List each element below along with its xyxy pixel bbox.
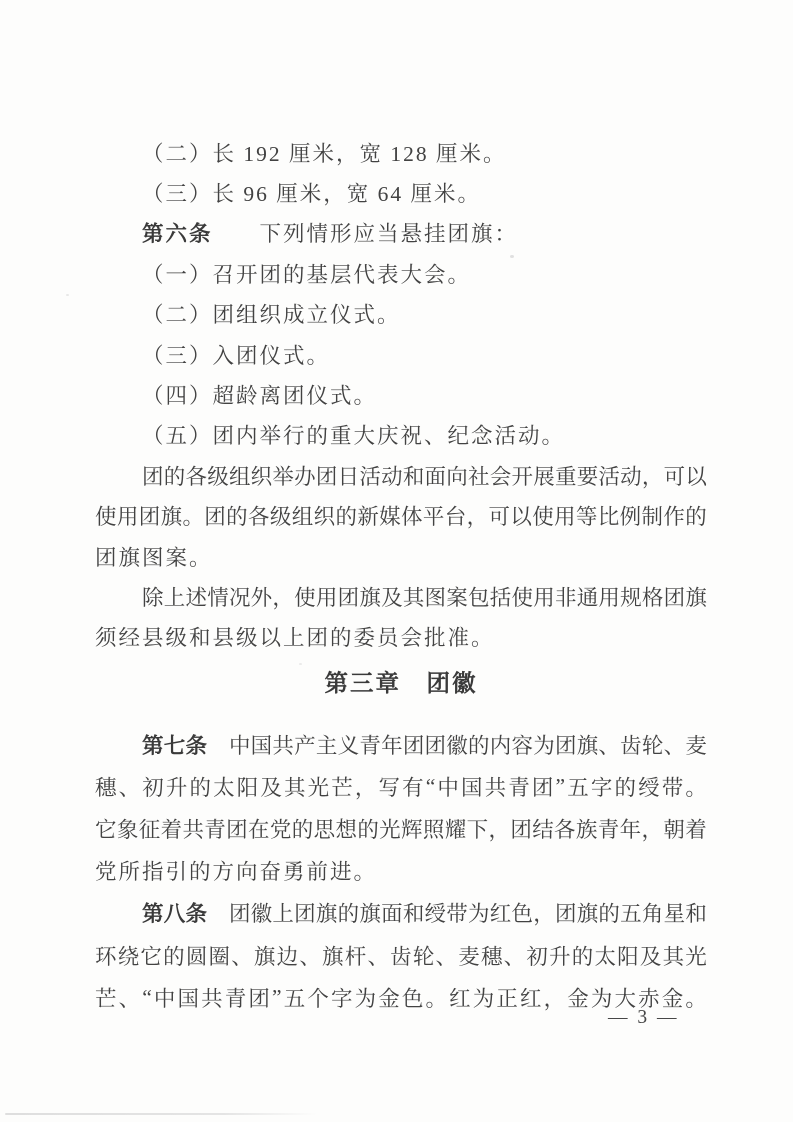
flag-approval-line-1: 除上述情况外，使用团旗及其图案包括使用非通用规格团旗 — [95, 576, 707, 616]
scanned-document-page: （二）长 192 厘米，宽 128 厘米。（三）长 96 厘米，宽 64 厘米。… — [0, 0, 793, 1122]
flag-size-spec-3: （三）长 96 厘米，宽 64 厘米。 — [95, 172, 707, 212]
chapter-3-heading: 第三章 团徽 — [95, 659, 707, 703]
article-7-line-4: 党所指引的方向奋勇前进。 — [95, 850, 707, 892]
article-8-line-1: 第八条 团徽上团旗的旗面和绶带为红色，团旗的五角星和 — [95, 892, 707, 934]
flag-approval-line-2: 须经县级和县级以上团的委员会批准。 — [95, 617, 707, 657]
document-body: （二）长 192 厘米，宽 128 厘米。（三）长 96 厘米，宽 64 厘米。… — [95, 132, 707, 1018]
flag-usage-line-3: 团旗图案。 — [95, 536, 707, 576]
flag-usage-line-1: 团的各级组织举办团日活动和面向社会开展重要活动，可以 — [95, 455, 707, 495]
article-8-line-2: 环绕它的圆圈、旗边、旗杆、齿轮、麦穗、初升的太阳及其光 — [95, 934, 707, 976]
flag-occasion-4: （四）超龄离团仪式。 — [95, 374, 707, 414]
article-7-line-3: 它象征着共青团在党的思想的光辉照耀下，团结各族青年，朝着 — [95, 807, 707, 849]
scan-speck — [510, 255, 514, 258]
flag-occasion-2: （二）团组织成立仪式。 — [95, 294, 707, 334]
flag-occasion-3: （三）入团仪式。 — [95, 334, 707, 374]
page-number: — 3 — — [608, 1007, 679, 1029]
scan-speck — [299, 663, 302, 665]
article-6-opening: 第六条 下列情形应当悬挂团旗： — [95, 213, 707, 253]
article-7-line-1: 第七条 中国共产主义青年团团徽的内容为团旗、齿轮、麦 — [95, 723, 707, 765]
scan-speck — [66, 294, 69, 296]
scan-edge-artifact — [5, 1113, 317, 1115]
flag-size-spec-2: （二）长 192 厘米，宽 128 厘米。 — [95, 132, 707, 172]
flag-usage-line-2: 使用团旗。团的各级组织的新媒体平台，可以使用等比例制作的 — [95, 496, 707, 536]
article-7-line-2: 穗、初升的太阳及其光芒，写有“中国共青团”五字的绶带。 — [95, 765, 707, 807]
flag-occasion-5: （五）团内举行的重大庆祝、纪念活动。 — [95, 415, 707, 455]
flag-occasion-1: （一）召开团的基层代表大会。 — [95, 253, 707, 293]
